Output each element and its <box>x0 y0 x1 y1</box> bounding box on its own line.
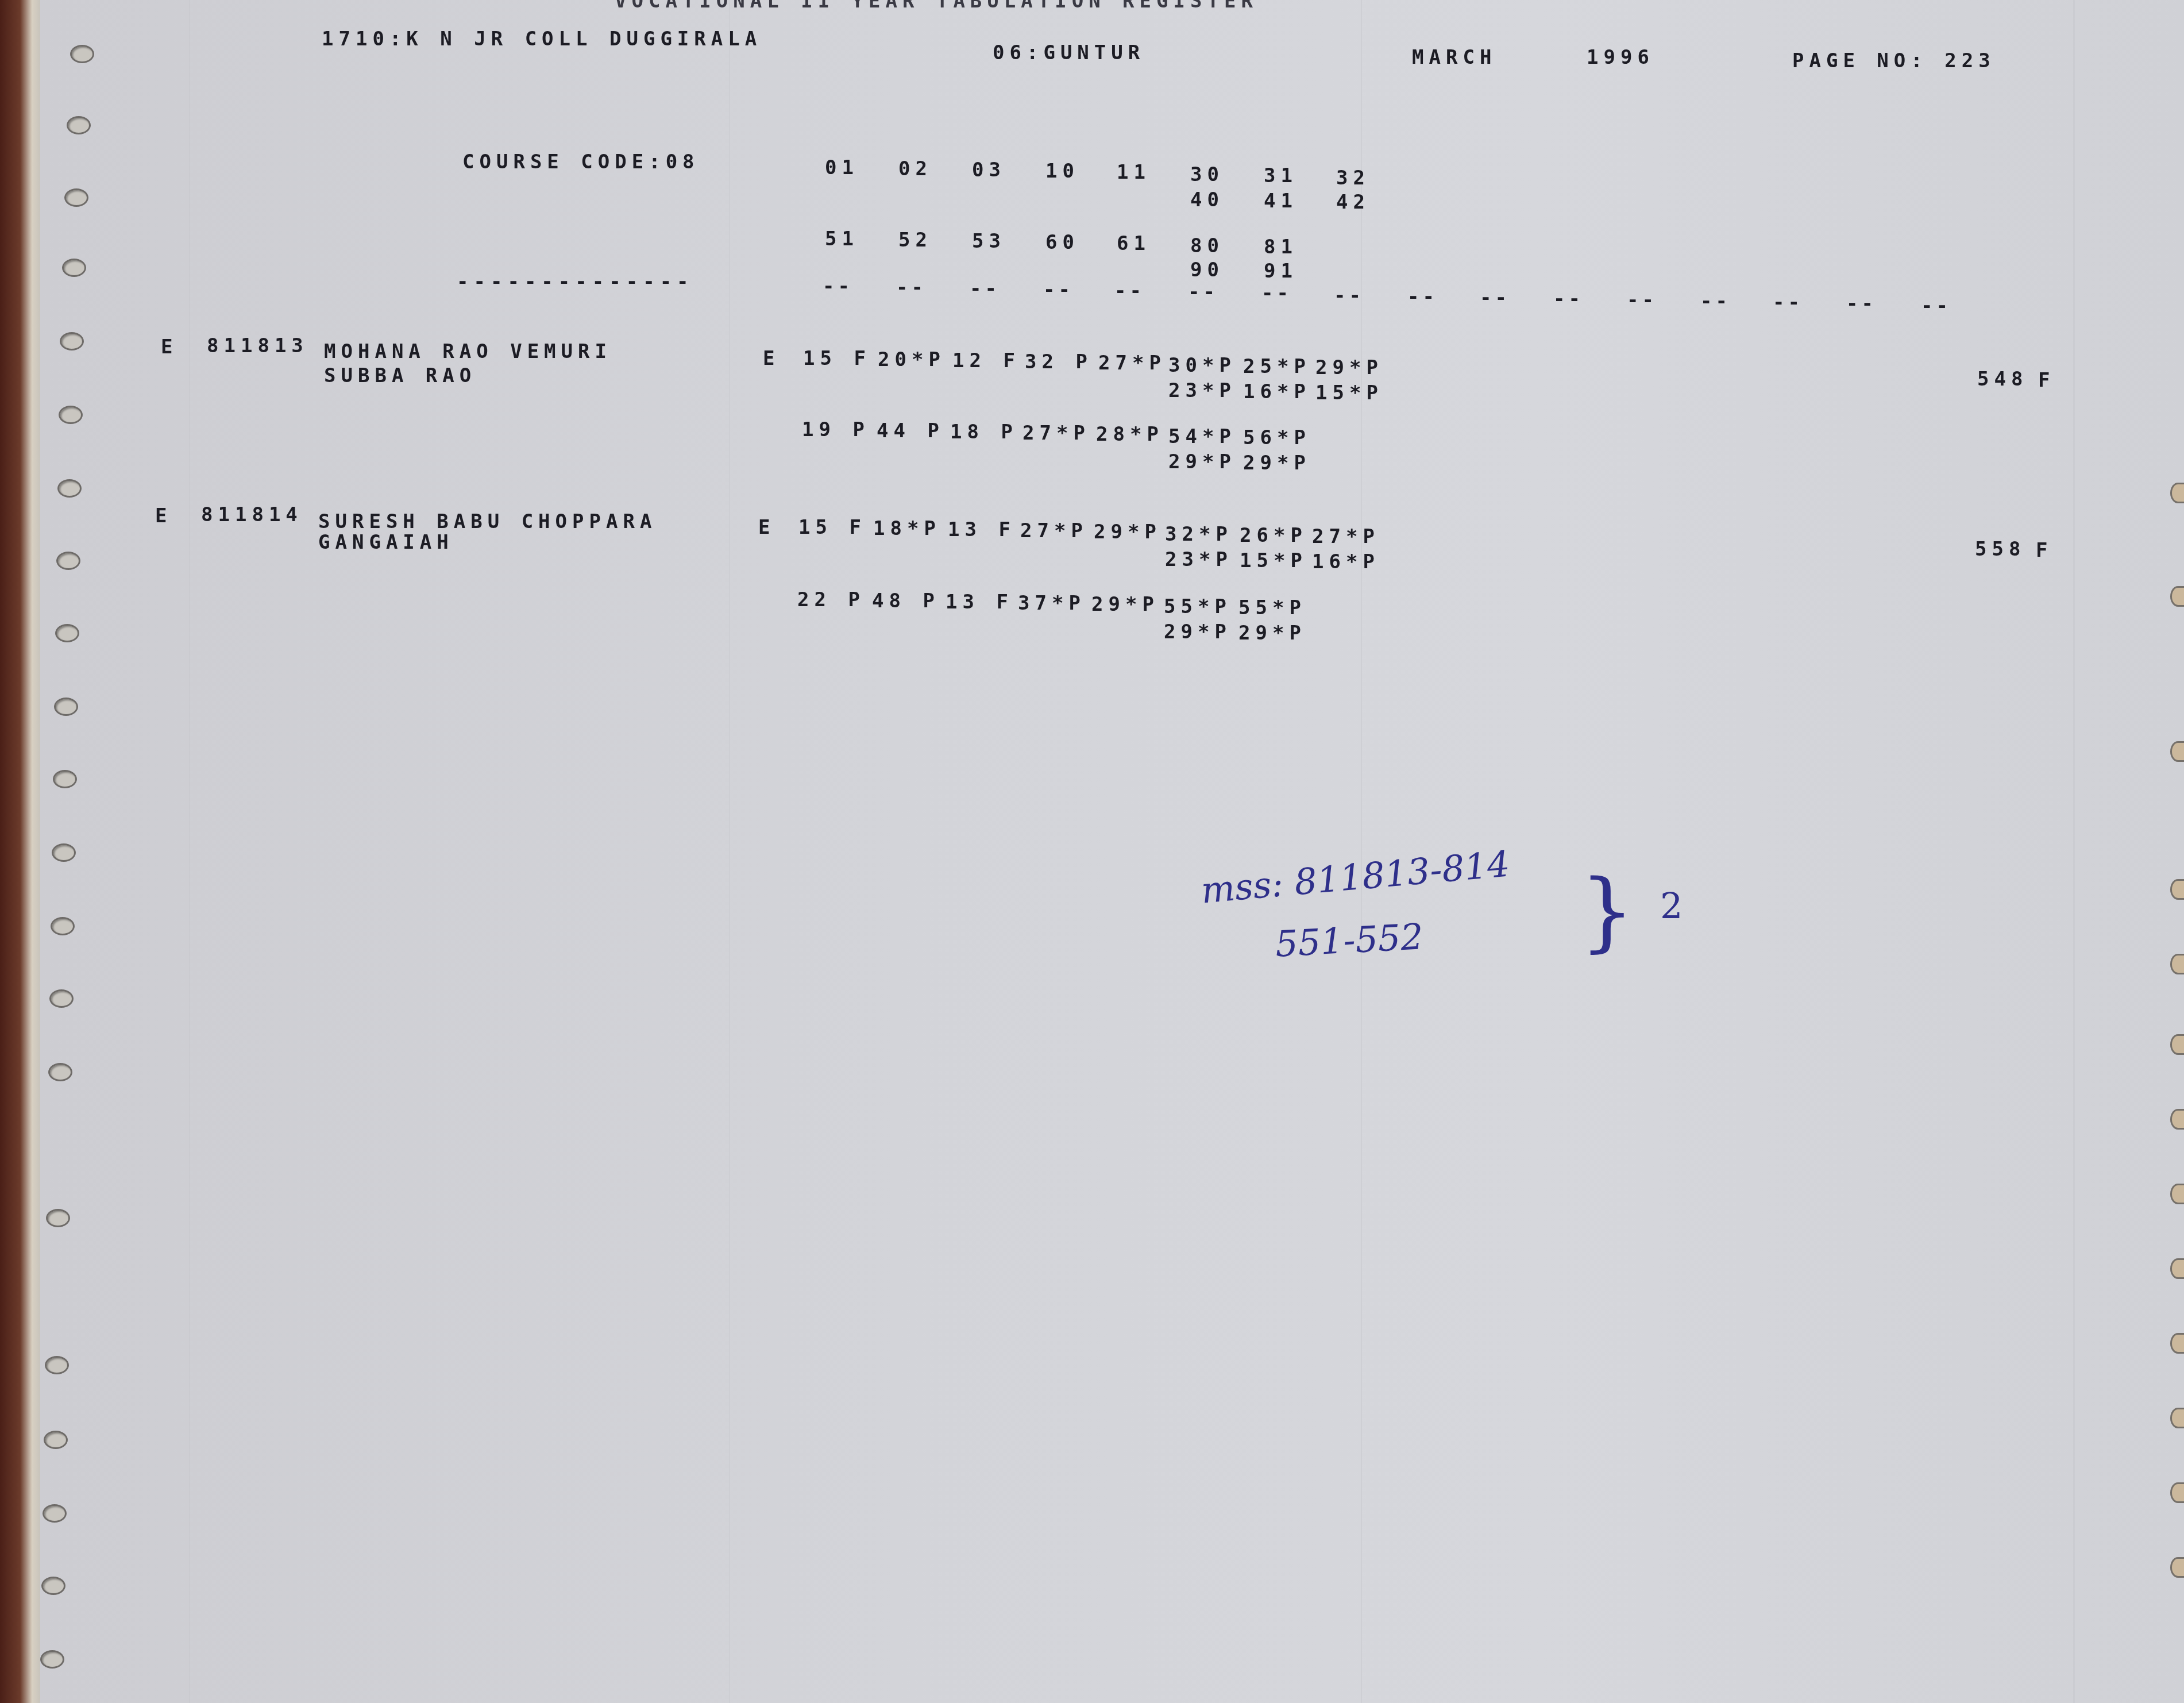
mark-entry: 48 P <box>872 589 940 612</box>
father-name: SUBBA RAO <box>324 364 476 387</box>
dash-separator: -- <box>1700 290 1731 313</box>
subject-code: 80 <box>1190 234 1224 257</box>
subject-code: 91 <box>1264 260 1298 283</box>
mark-entry: 54*P <box>1168 425 1236 448</box>
mark-entry: 18 P <box>950 421 1018 444</box>
sprocket-hole <box>53 770 77 788</box>
sprocket-hole <box>60 332 84 350</box>
mark-entry: 15*P <box>1240 549 1307 572</box>
mark-entry: 27*P <box>1020 519 1088 542</box>
result-status: F <box>2036 539 2052 562</box>
dash-separator: -- <box>1921 294 1951 317</box>
mark-entry: 55*P <box>1238 596 1306 619</box>
sprocket-hole <box>45 1356 69 1374</box>
sprocket-hole <box>2170 1557 2184 1578</box>
mark-entry: 29*P <box>1243 452 1311 475</box>
subject-code: 53 <box>972 230 1006 253</box>
mark-entry: 27*P <box>1312 525 1380 548</box>
total-marks: 548 <box>1977 368 2028 391</box>
subject-code: 41 <box>1264 190 1298 213</box>
sprocket-hole <box>2170 1258 2184 1279</box>
ruled-line <box>1361 0 1362 1703</box>
sprocket-hole <box>46 1209 70 1227</box>
mark-entry: 29*P <box>1168 450 1236 473</box>
handwritten-range-line1: mss: 811813-814 <box>1199 843 1511 912</box>
ruled-line <box>2074 0 2074 1703</box>
mark-entry: 18*P <box>873 517 941 540</box>
mark-entry: 27*P <box>1022 422 1090 445</box>
sprocket-hole <box>51 917 75 935</box>
dash-separator: -- <box>1407 285 1438 308</box>
tabulation-register-page: VOCATIONAL II YEAR TABULATION REGISTER 1… <box>40 0 2184 1703</box>
sprocket-hole <box>40 1650 64 1669</box>
exam-year: 1996 <box>1587 46 1654 69</box>
mark-entry: 16*P <box>1312 550 1380 573</box>
subject-code: 02 <box>898 157 932 180</box>
handwritten-brace: } <box>1580 862 1634 962</box>
hall-ticket-number: 811813 <box>207 334 308 357</box>
sprocket-hole <box>56 552 80 570</box>
subject-code: 10 <box>1045 160 1079 183</box>
mark-entry: 32 P <box>1025 350 1093 373</box>
mark-entry: 29*P <box>1315 356 1383 379</box>
sprocket-hole <box>55 624 79 642</box>
sprocket-hole <box>2170 741 2184 762</box>
ruled-line <box>190 0 190 1703</box>
mark-entry: 55*P <box>1164 595 1232 618</box>
student-name: SURESH BABU CHOPPARA <box>318 510 657 533</box>
handwritten-count: 2 <box>1660 885 1683 927</box>
subject-code: 30 <box>1190 163 1224 186</box>
dash-separator: -- <box>1261 282 1292 305</box>
subject-code: 03 <box>972 159 1006 182</box>
dash-separator: -- <box>1480 286 1510 309</box>
mark-entry: 32*P <box>1165 523 1233 546</box>
sprocket-hole <box>2170 879 2184 900</box>
mark-entry: 28*P <box>1096 423 1164 446</box>
mark-entry: 29*P <box>1238 622 1306 645</box>
subject-code: 81 <box>1264 236 1298 259</box>
subject-code: 40 <box>1190 188 1224 211</box>
subject-code: 32 <box>1336 167 1370 190</box>
district: 06:GUNTUR <box>993 41 1145 64</box>
sprocket-hole <box>2170 1482 2184 1503</box>
marks-prefix: E <box>758 516 775 539</box>
sprocket-hole <box>2170 1408 2184 1428</box>
sprocket-hole <box>54 698 78 716</box>
total-marks: 558 <box>1975 538 2025 561</box>
mark-entry: 26*P <box>1240 524 1307 547</box>
mark-entry: 16*P <box>1243 380 1311 403</box>
student-name: MOHANA RAO VEMURI <box>324 340 612 363</box>
course-underline: -------------- <box>457 270 694 293</box>
subject-code: 01 <box>825 156 859 179</box>
dash-separator: -- <box>823 275 853 298</box>
mark-entry: 22 P <box>797 588 865 611</box>
mark-entry: 56*P <box>1243 426 1311 449</box>
sprocket-hole <box>59 406 83 424</box>
mark-entry: 12 F <box>952 349 1020 372</box>
dash-separator: -- <box>1043 278 1074 301</box>
mark-entry: 20*P <box>878 348 946 371</box>
mark-entry: 23*P <box>1165 548 1233 571</box>
sprocket-hole <box>64 188 88 207</box>
marks-prefix: E <box>763 347 780 370</box>
subject-code: 61 <box>1117 232 1151 255</box>
subject-code: 11 <box>1117 161 1151 184</box>
mark-entry: 19 P <box>802 418 870 441</box>
sprocket-hole <box>2170 1184 2184 1204</box>
mark-entry: 29*P <box>1091 593 1159 616</box>
dash-separator: -- <box>1188 280 1218 303</box>
medium-code: E <box>155 504 172 527</box>
mark-entry: 30*P <box>1168 354 1236 377</box>
mark-entry: 13 F <box>948 518 1016 541</box>
subject-code: 52 <box>898 229 932 252</box>
sprocket-hole <box>2170 1333 2184 1354</box>
sprocket-hole <box>62 259 86 277</box>
sprocket-hole <box>48 1063 72 1081</box>
mark-entry: 37*P <box>1018 592 1086 615</box>
sprocket-hole <box>2170 1034 2184 1055</box>
course-code: COURSE CODE:08 <box>462 151 700 174</box>
sprocket-hole <box>2170 483 2184 503</box>
subject-code: 42 <box>1336 191 1370 214</box>
college-name: 1710:K N JR COLL DUGGIRALA <box>322 28 762 51</box>
medium-code: E <box>161 336 178 359</box>
subject-code: 60 <box>1045 231 1079 254</box>
exam-month: MARCH <box>1412 46 1496 69</box>
mark-entry: 44 P <box>877 419 944 442</box>
dash-separator: -- <box>1627 288 1657 311</box>
sprocket-hole <box>67 116 91 134</box>
dash-separator: -- <box>1114 279 1145 302</box>
sprocket-hole <box>49 989 74 1008</box>
ruled-line <box>730 0 730 1703</box>
binder-edge <box>0 0 40 1703</box>
sprocket-hole <box>2170 954 2184 974</box>
subject-code: 51 <box>825 228 859 251</box>
dash-separator: -- <box>1334 284 1364 307</box>
subject-code: 31 <box>1264 164 1298 187</box>
dash-separator: -- <box>1846 292 1877 315</box>
dash-separator: -- <box>1773 291 1803 314</box>
mark-entry: 15 F <box>798 516 866 539</box>
mark-entry: 15 F <box>803 347 871 370</box>
hall-ticket-number: 811814 <box>201 503 303 526</box>
father-name: GANGAIAH <box>318 531 454 554</box>
sprocket-hole <box>52 843 76 862</box>
sprocket-hole <box>2170 1109 2184 1130</box>
mark-entry: 25*P <box>1243 355 1311 378</box>
subject-code: 90 <box>1190 259 1224 282</box>
result-status: F <box>2038 369 2055 392</box>
dash-separator: -- <box>896 276 927 299</box>
mark-entry: 27*P <box>1098 352 1166 375</box>
handwritten-range-line2: 551-552 <box>1274 915 1424 965</box>
mark-entry: 29*P <box>1164 621 1232 644</box>
page-number: PAGE NO: 223 <box>1792 49 1996 72</box>
sprocket-hole <box>57 479 82 498</box>
sprocket-hole <box>44 1431 68 1449</box>
dash-separator: -- <box>1553 287 1584 310</box>
mark-entry: 15*P <box>1315 382 1383 404</box>
sprocket-hole <box>43 1504 67 1523</box>
sprocket-hole <box>70 45 94 63</box>
mark-entry: 13 F <box>946 591 1013 614</box>
dash-separator: -- <box>970 277 1000 300</box>
mark-entry: 23*P <box>1168 379 1236 402</box>
sprocket-hole <box>41 1577 65 1595</box>
register-title: VOCATIONAL II YEAR TABULATION REGISTER <box>615 0 1258 13</box>
mark-entry: 29*P <box>1094 521 1162 544</box>
sprocket-hole <box>2170 586 2184 607</box>
